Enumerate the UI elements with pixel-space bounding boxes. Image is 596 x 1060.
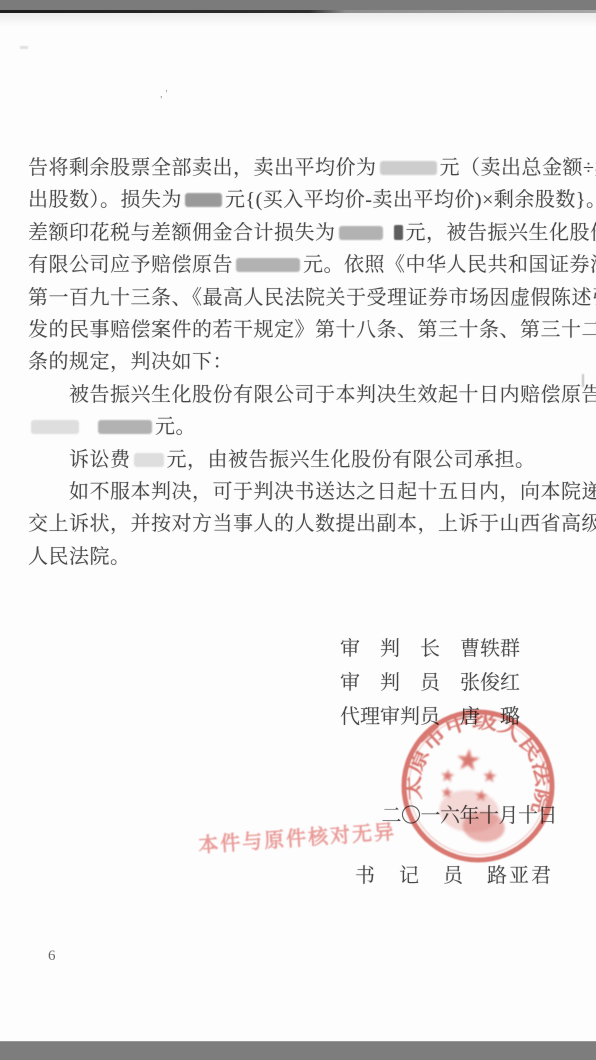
body-text: 元（卖出总金额÷卖	[440, 157, 596, 179]
redaction-blur	[339, 226, 383, 240]
body-line: 出股数）。损失为元{(买入平均价-卖出平均价)×剩余股数}。	[28, 184, 588, 216]
redaction-blur	[134, 453, 164, 467]
body-line: 元。	[28, 411, 588, 443]
redaction-blur	[394, 225, 403, 240]
scan-speck: , '	[160, 88, 167, 100]
body-line: 被告振兴生化股份有限公司于本判决生效起十日内赔偿原告	[28, 379, 588, 411]
body-text: 人民法院。	[28, 546, 131, 568]
body-line: 人民法院。	[28, 541, 588, 573]
body-text: 元，被告振兴生化股份	[406, 222, 596, 244]
court-seal: 太原市中级人民法院 ★ ★ ★ ★ ★	[383, 691, 572, 880]
body-line: 交上诉状，并按对方当事人的人数提出副本，上诉于山西省高级	[28, 508, 588, 540]
body-text: 告将剩余股票全部卖出，卖出平均价为	[28, 157, 377, 179]
body-line: 差额印花税与差额佣金合计损失为元，被告振兴生化股份	[28, 217, 588, 249]
body-line: 告将剩余股票全部卖出，卖出平均价为元（卖出总金额÷卖	[28, 152, 588, 184]
svg-text:★: ★	[440, 768, 456, 785]
body-text: 交上诉状，并按对方当事人的人数提出副本，上诉于山西省高级	[28, 513, 596, 535]
body-text: 条的规定，判决如下：	[28, 351, 233, 373]
body-line: 如不服本判决，可于判决书送达之日起十五日内，向本院递	[28, 476, 588, 508]
redaction-blur	[98, 420, 152, 434]
body-text: 出股数）。损失为	[28, 189, 182, 211]
svg-text:★: ★	[455, 745, 482, 776]
body-line: 有限公司应予赔偿原告元。依照《中华人民共和国证券法》	[28, 249, 588, 281]
body-line: 诉讼费元，由被告振兴生化股份有限公司承担。	[28, 444, 588, 476]
redaction-blur	[185, 193, 222, 207]
body-text: 差额印花税与差额佣金合计损失为	[28, 222, 336, 244]
presiding-judge-line: 审 判 长 曹轶群	[340, 632, 520, 666]
body-line: 发的民事赔偿案件的若干规定》第十八条、第三十条、第三十二	[28, 314, 588, 346]
redaction-blur	[31, 420, 79, 434]
seal-emblem-stars: ★ ★ ★ ★ ★	[434, 743, 512, 844]
body-line: 第一百九十三条、《最高人民法院关于受理证券市场因虚假陈述引	[28, 282, 588, 314]
body-text: 被告振兴生化股份有限公司于本判决生效起十日内赔偿原告	[28, 384, 596, 406]
body-text: 如不服本判决，可于判决书送达之日起十五日内，向本院递	[28, 481, 596, 503]
body-line: 条的规定，判决如下：	[28, 346, 588, 378]
verification-stamp: 本件与原件核对无异	[197, 815, 399, 858]
svg-text:★: ★	[482, 769, 498, 786]
body-text: 元。	[155, 416, 196, 438]
scan-speck	[20, 46, 28, 49]
body-text: 元，由被告振兴生化股份有限公司承担。	[167, 449, 536, 471]
scan-edge-top-fade	[0, 13, 596, 27]
document-page: , ' 告将剩余股票全部卖出，卖出平均价为元（卖出总金额÷卖出股数）。损失为元{…	[0, 0, 596, 1060]
redaction-blur	[236, 258, 300, 272]
body-text: 第一百九十三条、《最高人民法院关于受理证券市场因虚假陈述引	[28, 287, 596, 309]
body-text: 元。依照《中华人民共和国证券法》	[303, 254, 596, 276]
body-text: 发的民事赔偿案件的若干规定》第十八条、第三十条、第三十二	[28, 319, 596, 341]
body-text: 元{(买入平均价-卖出平均价)×剩余股数}。	[225, 189, 596, 211]
scan-edge-bottom	[0, 1041, 596, 1060]
page-number: 6	[48, 948, 56, 965]
redaction-blur	[380, 161, 437, 175]
body-text: 诉讼费	[28, 449, 131, 471]
body-text: 有限公司应予赔偿原告	[28, 254, 233, 276]
judgment-body-text: 告将剩余股票全部卖出，卖出平均价为元（卖出总金额÷卖出股数）。损失为元{(买入平…	[28, 152, 588, 573]
